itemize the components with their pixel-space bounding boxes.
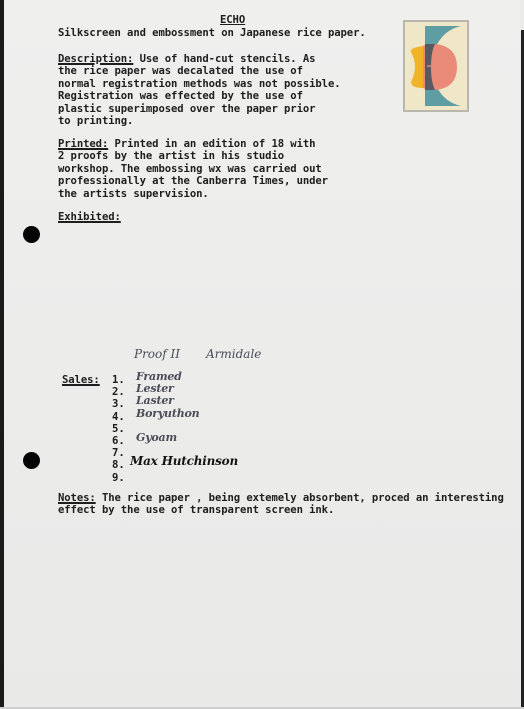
sales-entry: 7.	[112, 447, 125, 459]
sales-entry: 5.	[112, 423, 125, 435]
sales-number: 9.	[112, 472, 125, 484]
description-section: Description: Use of hand-cut stencils. A…	[58, 53, 341, 127]
sales-number: 4.	[112, 411, 125, 423]
sales-entry: 4.Boryuthon	[112, 411, 125, 423]
sales-entry: 3.Laster	[112, 398, 125, 410]
proof-note: Proof II	[134, 347, 180, 361]
notes-line: The rice paper , being extemely absorben…	[96, 492, 504, 504]
printed-line: 2 proofs by the artist in his studio	[58, 150, 284, 162]
sales-number: 2.	[112, 386, 125, 398]
artwork-title: ECHO	[220, 14, 245, 26]
description-line: Use of hand-cut stencils. As	[133, 53, 315, 65]
notes-line: effect by the use of transparent screen …	[58, 504, 334, 516]
sales-buyer: Boryuthon	[136, 408, 199, 420]
printed-line: workshop. The embossing wx was carried o…	[58, 163, 322, 175]
description-line: to printing.	[58, 115, 133, 127]
sales-buyer: Max Hutchinson	[130, 455, 238, 467]
description-line: the rice paper was decalated the use of	[58, 65, 303, 77]
artwork-thumbnail	[403, 20, 469, 112]
sales-entry: 2.Lester	[112, 386, 125, 398]
sales-number: 3.	[112, 398, 125, 410]
hole-punch	[23, 452, 40, 469]
description-line: normal registration methods was not poss…	[58, 78, 341, 90]
description-label: Description:	[58, 53, 133, 65]
printed-line: the artists supervision.	[58, 188, 209, 200]
sales-number: 6.	[112, 435, 125, 447]
hole-punch	[23, 226, 40, 243]
sales-list: 1.Framed 2.Lester 3.Laster 4.Boryuthon 5…	[112, 374, 125, 484]
sales-entry: 8.Max Hutchinson	[112, 459, 125, 471]
sales-number: 8.	[112, 459, 125, 471]
sales-number: 1.	[112, 374, 125, 386]
sales-number: 7.	[112, 447, 125, 459]
printed-label: Printed:	[58, 138, 108, 150]
sales-entry: 9.	[112, 472, 125, 484]
scan-edge-left	[0, 0, 4, 709]
printed-section: Printed: Printed in an edition of 18 wit…	[58, 138, 328, 200]
sales-entry: 1.Framed	[112, 374, 125, 386]
printed-line: professionally at the Canberra Times, un…	[58, 175, 328, 187]
sales-entry: 6.Gyoam	[112, 435, 125, 447]
description-line: Registration was effected by the use of	[58, 90, 303, 102]
handwritten-proof-note: Proof IIArmidale	[134, 347, 261, 361]
notes-label: Notes:	[58, 492, 96, 504]
exhibited-section: Exhibited:	[58, 211, 121, 223]
sales-label-text: Sales:	[62, 374, 100, 386]
echo-artwork-image	[405, 22, 467, 110]
exhibited-label: Exhibited:	[58, 211, 121, 223]
sales-buyer: Laster	[136, 395, 174, 407]
notes-section: Notes: The rice paper , being extemely a…	[58, 492, 504, 517]
sales-buyer: Gyoam	[136, 432, 177, 444]
sales-number: 5.	[112, 423, 125, 435]
printed-line: Printed in an edition of 18 with	[108, 138, 315, 150]
venue-note: Armidale	[206, 347, 261, 361]
artwork-medium: Silkscreen and embossment on Japanese ri…	[58, 27, 366, 39]
sales-label: Sales:	[62, 374, 100, 386]
description-line: plastic superimposed over the paper prio…	[58, 103, 315, 115]
